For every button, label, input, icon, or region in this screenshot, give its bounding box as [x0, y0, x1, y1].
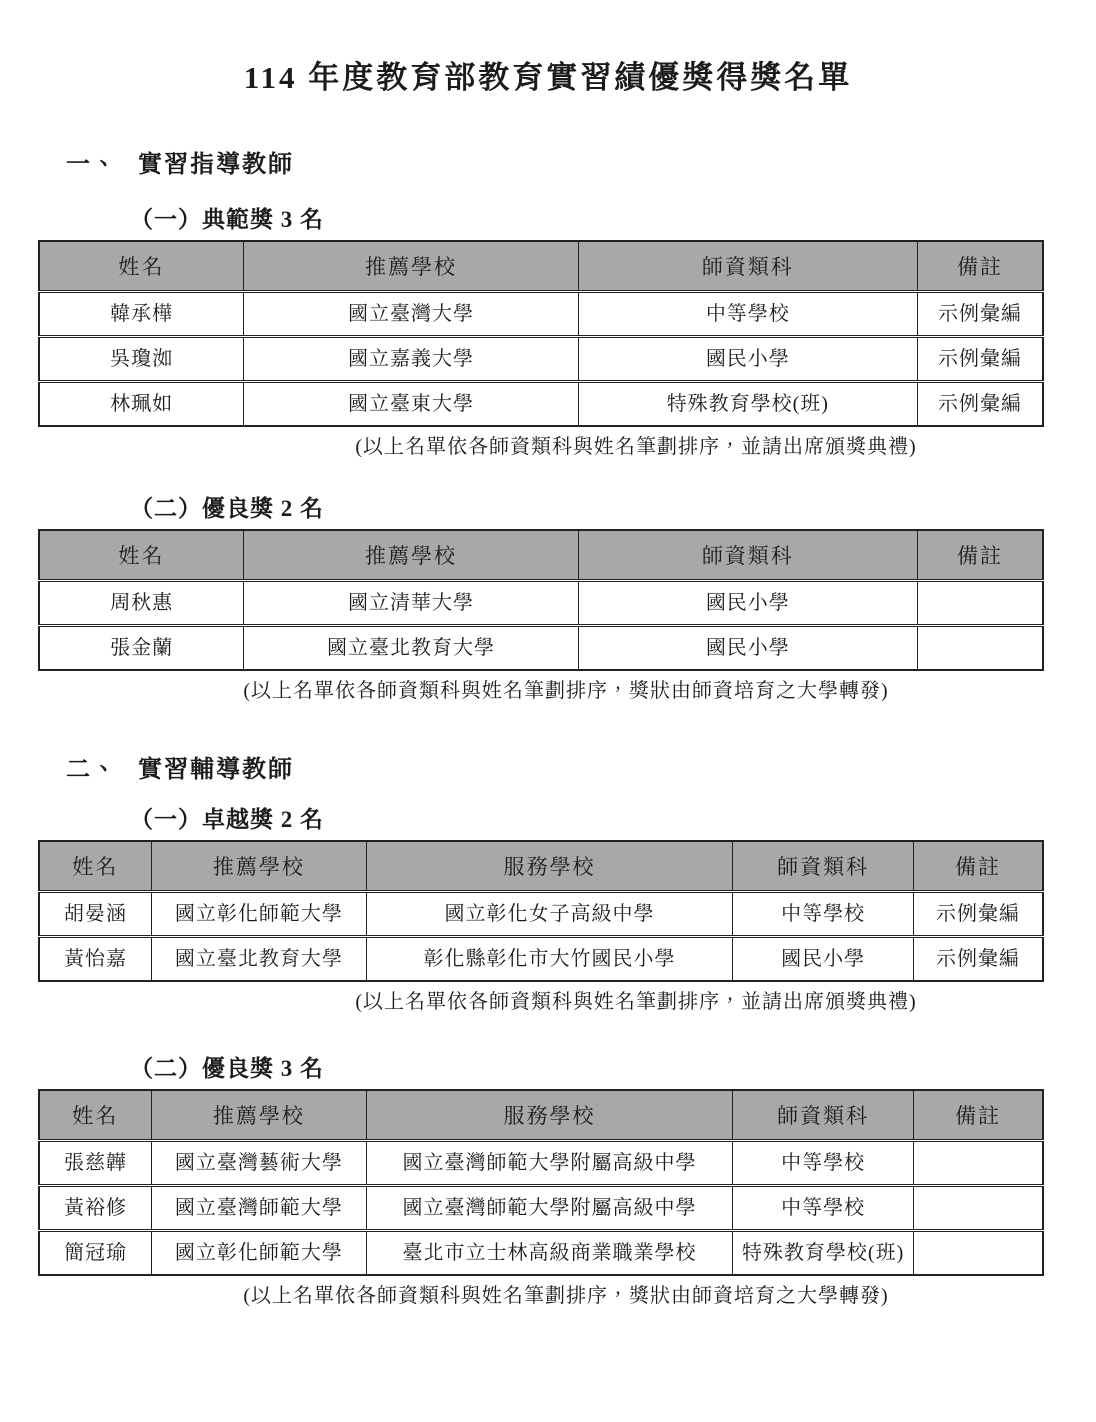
table-row: 林珮如國立臺東大學特殊教育學校(班)示例彙編 — [39, 381, 1043, 426]
column-header: 推薦學校 — [151, 1090, 366, 1140]
table-cell: 國立臺灣藝術大學 — [151, 1140, 366, 1185]
column-header: 推薦學校 — [244, 530, 578, 580]
section-heading-2: 二、實習輔導教師 — [66, 755, 1096, 785]
column-header: 姓名 — [39, 530, 244, 580]
table-cell: 國立彰化女子高級中學 — [366, 891, 732, 936]
table-cell: 國民小學 — [578, 625, 917, 670]
table-note: (以上名單依各師資類科與姓名筆劃排序，獎狀由師資培育之大學轉發) — [38, 1282, 1044, 1310]
subsection-label-excellent-award-2: （二）優良獎 3 名 — [130, 1054, 1096, 1084]
table-row: 韓承樺國立臺灣大學中等學校示例彙編 — [39, 291, 1043, 336]
column-header: 姓名 — [39, 241, 244, 291]
table-cell: 中等學校 — [733, 891, 914, 936]
header-row: 姓名推薦學校服務學校師資類科備註 — [39, 841, 1043, 891]
table-cell: 國立彰化師範大學 — [151, 891, 366, 936]
table-row: 吳瓊洳國立嘉義大學國民小學示例彙編 — [39, 336, 1043, 381]
table-cell: 中等學校 — [578, 291, 917, 336]
table-cell: 國立臺東大學 — [244, 381, 578, 426]
table-cell: 張金蘭 — [39, 625, 244, 670]
column-header: 服務學校 — [366, 841, 732, 891]
table-row: 簡冠瑜國立彰化師範大學臺北市立士林高級商業職業學校特殊教育學校(班) — [39, 1230, 1043, 1275]
table-note: (以上名單依各師資類科與姓名筆劃排序，並請出席頒獎典禮) — [38, 988, 1044, 1016]
column-header: 師資類科 — [733, 1090, 914, 1140]
table-cell: 臺北市立士林高級商業職業學校 — [366, 1230, 732, 1275]
section-title: 實習輔導教師 — [138, 757, 294, 783]
column-header: 姓名 — [39, 1090, 151, 1140]
table-row: 周秋惠國立清華大學國民小學 — [39, 580, 1043, 625]
table-cell: 示例彙編 — [917, 336, 1043, 381]
table-cell — [913, 1185, 1043, 1230]
column-header: 備註 — [917, 241, 1043, 291]
column-header: 備註 — [913, 841, 1043, 891]
table-cell: 國立嘉義大學 — [244, 336, 578, 381]
table-row: 張金蘭國立臺北教育大學國民小學 — [39, 625, 1043, 670]
subsection-label-exemplar-award: （一）典範獎 3 名 — [130, 205, 1096, 235]
table-cell: 國民小學 — [578, 580, 917, 625]
column-header: 姓名 — [39, 841, 151, 891]
table-cell: 示例彙編 — [913, 936, 1043, 981]
column-header: 師資類科 — [733, 841, 914, 891]
table-cell: 國立臺灣大學 — [244, 291, 578, 336]
document-page: 114 年度教育部教育實習績優獎得獎名單 一、實習指導教師 （一）典範獎 3 名… — [0, 0, 1096, 1422]
table-cell: 韓承樺 — [39, 291, 244, 336]
table-row: 張慈韡國立臺灣藝術大學國立臺灣師範大學附屬高級中學中等學校 — [39, 1140, 1043, 1185]
table-note: (以上名單依各師資類科與姓名筆劃排序，並請出席頒獎典禮) — [38, 433, 1044, 461]
table-cell: 彰化縣彰化市大竹國民小學 — [366, 936, 732, 981]
column-header: 師資類科 — [578, 241, 917, 291]
award-table-outstanding: 姓名推薦學校服務學校師資類科備註胡晏涵國立彰化師範大學國立彰化女子高級中學中等學… — [38, 840, 1044, 982]
column-header: 師資類科 — [578, 530, 917, 580]
table-cell: 國民小學 — [578, 336, 917, 381]
award-table-exemplar: 姓名推薦學校師資類科備註韓承樺國立臺灣大學中等學校示例彙編吳瓊洳國立嘉義大學國民… — [38, 240, 1044, 427]
subsection-label-excellent-award-1: （二）優良獎 2 名 — [130, 494, 1096, 524]
table-cell: 胡晏涵 — [39, 891, 151, 936]
table-cell: 黃怡嘉 — [39, 936, 151, 981]
table-row: 胡晏涵國立彰化師範大學國立彰化女子高級中學中等學校示例彙編 — [39, 891, 1043, 936]
table-cell: 中等學校 — [733, 1140, 914, 1185]
column-header: 推薦學校 — [151, 841, 366, 891]
column-header: 備註 — [913, 1090, 1043, 1140]
table-cell: 吳瓊洳 — [39, 336, 244, 381]
table-cell: 示例彙編 — [913, 891, 1043, 936]
column-header: 服務學校 — [366, 1090, 732, 1140]
table-cell: 簡冠瑜 — [39, 1230, 151, 1275]
section-numeral: 二、 — [66, 757, 118, 783]
subsection-label-outstanding-award: （一）卓越獎 2 名 — [130, 805, 1096, 835]
table-cell: 國立彰化師範大學 — [151, 1230, 366, 1275]
header-row: 姓名推薦學校師資類科備註 — [39, 241, 1043, 291]
table-cell: 國立臺灣師範大學 — [151, 1185, 366, 1230]
award-table-excellent-1: 姓名推薦學校師資類科備註周秋惠國立清華大學國民小學張金蘭國立臺北教育大學國民小學 — [38, 529, 1044, 671]
table-row: 黃裕修國立臺灣師範大學國立臺灣師範大學附屬高級中學中等學校 — [39, 1185, 1043, 1230]
table-cell: 國立臺北教育大學 — [244, 625, 578, 670]
table-cell: 周秋惠 — [39, 580, 244, 625]
table-cell — [917, 625, 1043, 670]
section-title: 實習指導教師 — [138, 152, 294, 178]
table-cell: 國民小學 — [733, 936, 914, 981]
column-header: 備註 — [917, 530, 1043, 580]
table-cell: 示例彙編 — [917, 381, 1043, 426]
table-cell: 國立清華大學 — [244, 580, 578, 625]
table-cell: 國立臺灣師範大學附屬高級中學 — [366, 1140, 732, 1185]
table-note: (以上名單依各師資類科與姓名筆劃排序，獎狀由師資培育之大學轉發) — [38, 677, 1044, 705]
table-cell — [913, 1140, 1043, 1185]
table-cell: 國立臺北教育大學 — [151, 936, 366, 981]
header-row: 姓名推薦學校師資類科備註 — [39, 530, 1043, 580]
table-cell — [917, 580, 1043, 625]
table-cell: 中等學校 — [733, 1185, 914, 1230]
table-row: 黃怡嘉國立臺北教育大學彰化縣彰化市大竹國民小學國民小學示例彙編 — [39, 936, 1043, 981]
award-table-excellent-2: 姓名推薦學校服務學校師資類科備註張慈韡國立臺灣藝術大學國立臺灣師範大學附屬高級中… — [38, 1089, 1044, 1276]
header-row: 姓名推薦學校服務學校師資類科備註 — [39, 1090, 1043, 1140]
table-cell: 黃裕修 — [39, 1185, 151, 1230]
table-cell: 示例彙編 — [917, 291, 1043, 336]
table-cell: 國立臺灣師範大學附屬高級中學 — [366, 1185, 732, 1230]
table-cell: 林珮如 — [39, 381, 244, 426]
table-cell — [913, 1230, 1043, 1275]
page-title: 114 年度教育部教育實習績優獎得獎名單 — [0, 0, 1096, 100]
table-cell: 張慈韡 — [39, 1140, 151, 1185]
column-header: 推薦學校 — [244, 241, 578, 291]
section-heading-1: 一、實習指導教師 — [66, 150, 1096, 180]
table-cell: 特殊教育學校(班) — [578, 381, 917, 426]
section-numeral: 一、 — [66, 152, 118, 178]
table-cell: 特殊教育學校(班) — [733, 1230, 914, 1275]
